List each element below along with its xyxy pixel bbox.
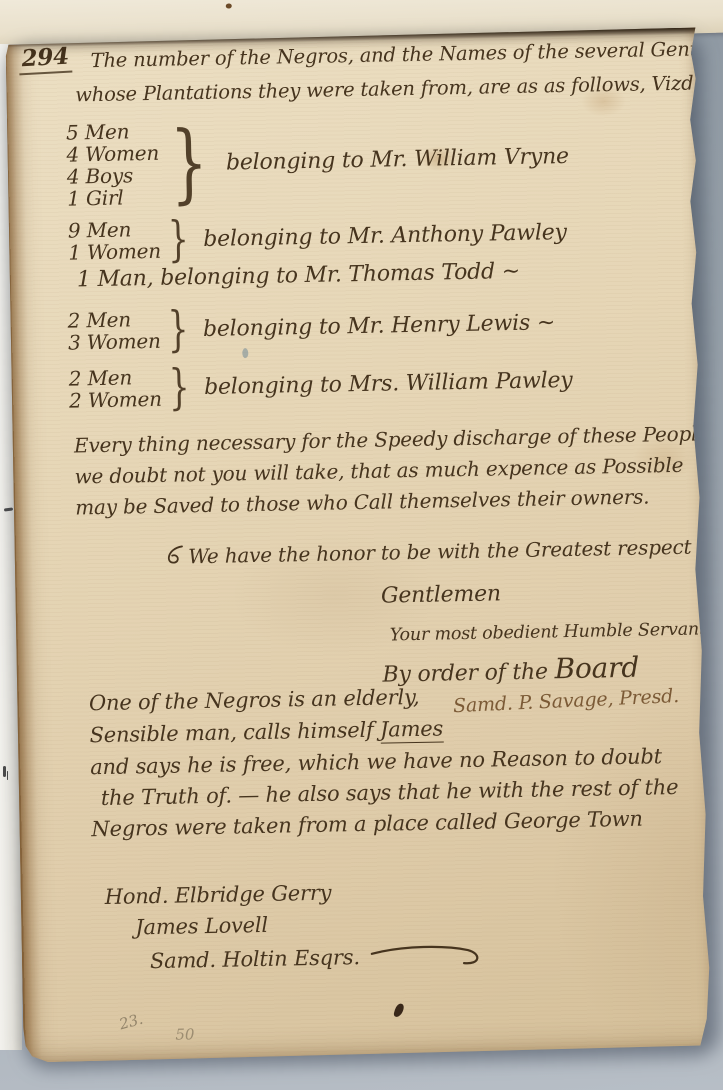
count-line: 2 Men (67, 308, 160, 332)
page-number: 294 (18, 43, 73, 76)
note-line: Sensible man, calls himself James (89, 716, 443, 747)
group-brace: } (168, 361, 190, 413)
underlined-name: James (380, 716, 444, 743)
count-line: 9 Men (68, 218, 161, 242)
closing-line: We have the honor to be with the Greates… (162, 534, 692, 569)
entry-label: belonging to Mrs. William Pawley (204, 367, 573, 399)
count-line: 5 Men (66, 120, 159, 144)
slave-count-entry: 9 Men 1 Women } belonging to Mr. Anthony… (68, 206, 568, 268)
count-line: 2 Men (69, 366, 162, 390)
body-paragraph-line: may be Saved to those who Call themselve… (75, 484, 650, 519)
scanned-document: 294 The number of the Negros, and the Na… (0, 0, 723, 1090)
signature: Samd. P. Savage, Presd. (453, 685, 680, 717)
body-paragraph-line: Every thing necessary for the Speedy dis… (74, 421, 715, 457)
entry-label: belonging to Mr. Anthony Pawley (203, 219, 567, 251)
note-line: One of the Negros is an elderly, (89, 685, 420, 715)
slave-count-entry: 5 Men 4 Women 4 Boys 1 Girl } belonging … (66, 110, 570, 212)
header-line: whose Plantations they were taken from, … (75, 71, 700, 106)
count-line: 1 Women (68, 240, 161, 264)
count-list: 5 Men 4 Women 4 Boys 1 Girl (66, 120, 160, 210)
slave-count-entry: 2 Men 3 Women } belonging to Mr. Henry L… (67, 296, 555, 357)
pen-flourish-icon (162, 543, 184, 567)
count-line: 4 Boys (67, 164, 160, 188)
group-brace: } (167, 213, 189, 265)
manuscript-page: 294 The number of the Negros, and the Na… (4, 27, 717, 1062)
by-order-prefix: By order of the (382, 659, 555, 687)
closing-by-order: By order of the Board (382, 651, 639, 689)
addressee-line: Samd. Holtin Esqrs. (150, 940, 486, 974)
pencil-mark: 50 (175, 1025, 194, 1043)
count-line: 2 Women (69, 388, 162, 412)
bleedthrough-mark (4, 507, 13, 511)
count-list: 2 Men 3 Women (67, 308, 160, 354)
salutation: Gentlemen (381, 581, 501, 608)
group-brace: } (167, 303, 189, 355)
entry-label: belonging to Mr. Henry Lewis ~ (203, 310, 556, 342)
ink-blot (393, 1002, 405, 1018)
addressee-text: Samd. Holtin Esqrs. (150, 945, 360, 973)
bleedthrough-mark (3, 766, 6, 777)
body-paragraph-line: we doubt not you will take, that as much… (74, 453, 683, 489)
by-order-board: Board (554, 651, 639, 686)
note-line2-prefix: Sensible man, calls himself (89, 718, 380, 748)
note-line: and says he is free, which we have no Re… (90, 744, 662, 779)
count-list: 2 Men 2 Women (69, 366, 162, 412)
addressee-line: James Lovell (135, 913, 268, 940)
note-line: Negros were taken from a place called Ge… (91, 807, 643, 842)
pen-flourish-icon (368, 940, 487, 970)
count-list: 9 Men 1 Women (68, 218, 161, 264)
note-line: the Truth of. — he also says that he wit… (101, 775, 679, 810)
slave-count-entry: 2 Men 2 Women } belonging to Mrs. Willia… (68, 354, 573, 416)
closing-honor-text: We have the honor to be with the Greates… (188, 535, 692, 569)
entry-label: belonging to Mr. William Vryne (226, 143, 569, 175)
closing-servants: Your most obedient Humble Servants, (390, 619, 721, 645)
count-line: 4 Women (66, 142, 159, 166)
paper-speck (226, 3, 232, 8)
group-brace: } (169, 117, 208, 210)
count-line: 3 Women (68, 330, 161, 354)
addressee-line: Hond. Elbridge Gerry (104, 881, 331, 909)
pencil-mark: 23. (117, 1010, 145, 1034)
count-line: 1 Girl (67, 186, 160, 210)
ink-smudge (242, 348, 248, 358)
